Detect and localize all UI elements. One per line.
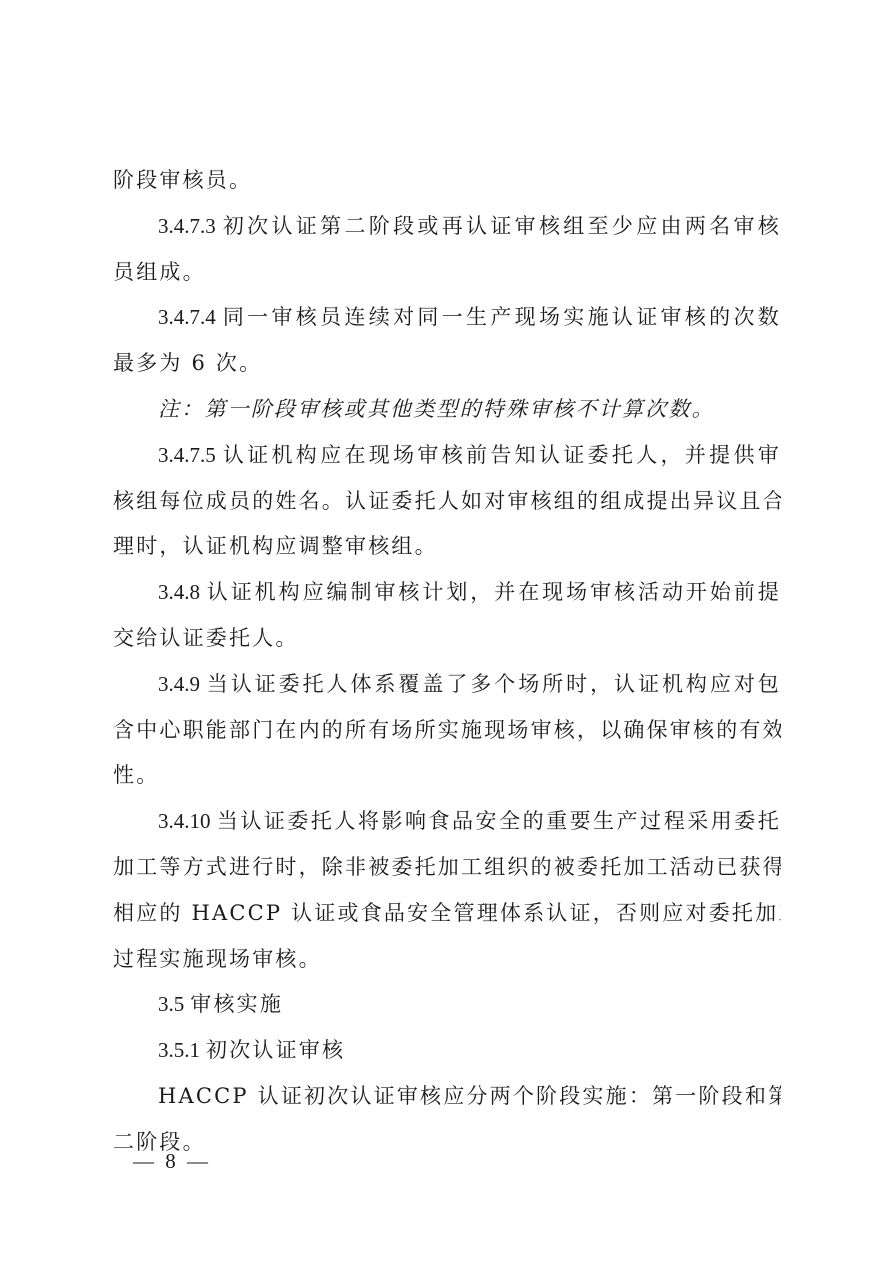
clause-3-4-10: 3.4.10当认证委托人将影响食品安全的重要生产过程采用委托 (113, 799, 781, 845)
clause-3-4-8: 3.4.8认证机构应编制审核计划，并在现场审核活动开始前提 (113, 570, 781, 616)
clause-3-4-9: 3.4.9当认证委托人体系覆盖了多个场所时，认证机构应对包 (113, 662, 781, 708)
text-line: 性。 (113, 753, 781, 799)
clause-number: 3.4.7.5 (158, 443, 216, 467)
clause-number: 3.4.7.3 (158, 214, 216, 238)
text-line: 含中心职能部门在内的所有场所实施现场审核，以确保审核的有效 (113, 708, 781, 754)
document-page: 阶段审核员。 3.4.7.3初次认证第二阶段或再认证审核组至少应由两名审核 员组… (113, 158, 781, 1166)
clause-3-4-7-5: 3.4.7.5认证机构应在现场审核前告知认证委托人，并提供审 (113, 433, 781, 479)
text-line: 核组每位成员的姓名。认证委托人如对审核组的组成提出异议且合 (113, 479, 781, 525)
section-heading-3-5-1: 3.5.1初次认证审核 (113, 1028, 781, 1074)
text-line: 阶段审核员。 (113, 158, 781, 204)
clause-3-4-7-4: 3.4.7.4同一审核员连续对同一生产现场实施认证审核的次数 (113, 295, 781, 341)
clause-number: 3.5.1 (158, 1038, 200, 1062)
text-line: 最多为 6 次。 (113, 341, 781, 387)
section-heading-3-5: 3.5审核实施 (113, 982, 781, 1028)
page-number: — 8 — (133, 1146, 211, 1176)
text-line: 相应的 HACCP 认证或食品安全管理体系认证，否则应对委托加工 (113, 891, 781, 937)
text-line: 理时，认证机构应调整审核组。 (113, 524, 781, 570)
text-line: 过程实施现场审核。 (113, 937, 781, 983)
clause-number: 3.5 (158, 992, 184, 1016)
clause-3-4-7-3: 3.4.7.3初次认证第二阶段或再认证审核组至少应由两名审核 (113, 204, 781, 250)
clause-number: 3.4.8 (158, 580, 200, 604)
paragraph-initial-audit: HACCP 认证初次认证审核应分两个阶段实施：第一阶段和第 (113, 1074, 781, 1120)
note-line: 注：第一阶段审核或其他类型的特殊审核不计算次数。 (113, 387, 781, 433)
clause-number: 3.4.9 (158, 672, 200, 696)
text-line: 员组成。 (113, 250, 781, 296)
clause-number: 3.4.7.4 (158, 305, 216, 329)
text-line: 交给认证委托人。 (113, 616, 781, 662)
text-line: 二阶段。 (113, 1120, 781, 1166)
text-line: 加工等方式进行时，除非被委托加工组织的被委托加工活动已获得 (113, 845, 781, 891)
clause-number: 3.4.10 (158, 809, 211, 833)
